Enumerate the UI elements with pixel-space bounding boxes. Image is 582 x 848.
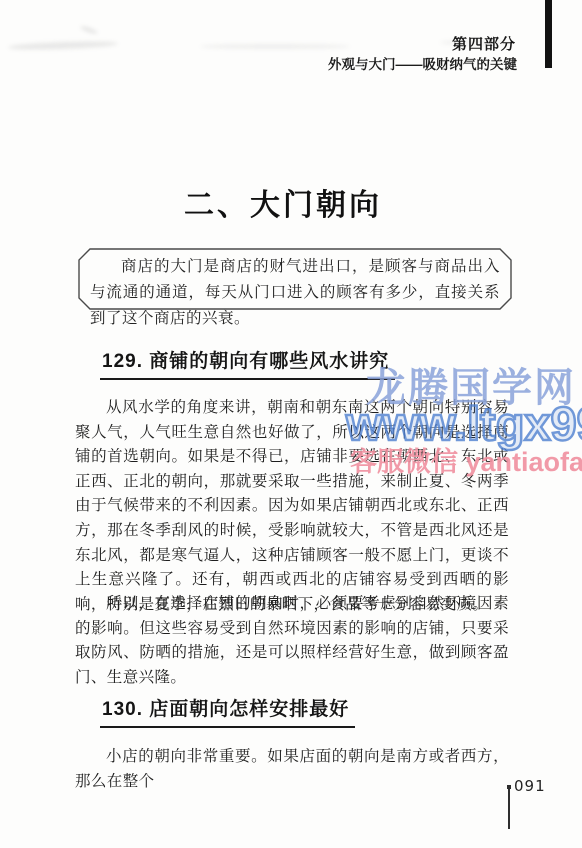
scan-smudge: [80, 25, 98, 35]
header-part-label: 第四部分: [452, 33, 516, 54]
section-heading-130: 130. 店面朝向怎样安排最好: [100, 694, 355, 728]
scan-smudge: [8, 40, 118, 51]
intro-box-text: 商店的大门是商店的财气进出口，是顾客与商品出入与流通的通道，每天从门口进入的顾客…: [90, 254, 500, 332]
paragraph: 所以，在选择店铺的朝向时，必须要考虑到自然环境因素的影响。但这些容易受到自然环境…: [75, 592, 509, 690]
page-number: 091: [514, 777, 546, 795]
header-edge-bar: [545, 0, 552, 68]
watermark-contact: 客服微信 yantiaofan225: [350, 440, 582, 479]
section-heading-129: 129. 商铺的朝向有哪些风水讲究: [100, 346, 395, 380]
footer-rule: [508, 789, 510, 829]
header-part-subtitle: 外观与大门——吸财纳气的关键: [328, 53, 517, 73]
book-page: 第四部分 外观与大门——吸财纳气的关键 二、大门朝向 商店的大门是商店的财气进出…: [0, 0, 582, 848]
chapter-title: 二、大门朝向: [0, 180, 566, 224]
scan-smudge: [200, 44, 350, 49]
intro-callout-box: 商店的大门是商店的财气进出口，是顾客与商品出入与流通的通道，每天从门口进入的顾客…: [78, 248, 512, 310]
paragraph: 小店的朝向非常重要。如果店面的朝向是南方或者西方，那么在整个: [75, 745, 509, 794]
